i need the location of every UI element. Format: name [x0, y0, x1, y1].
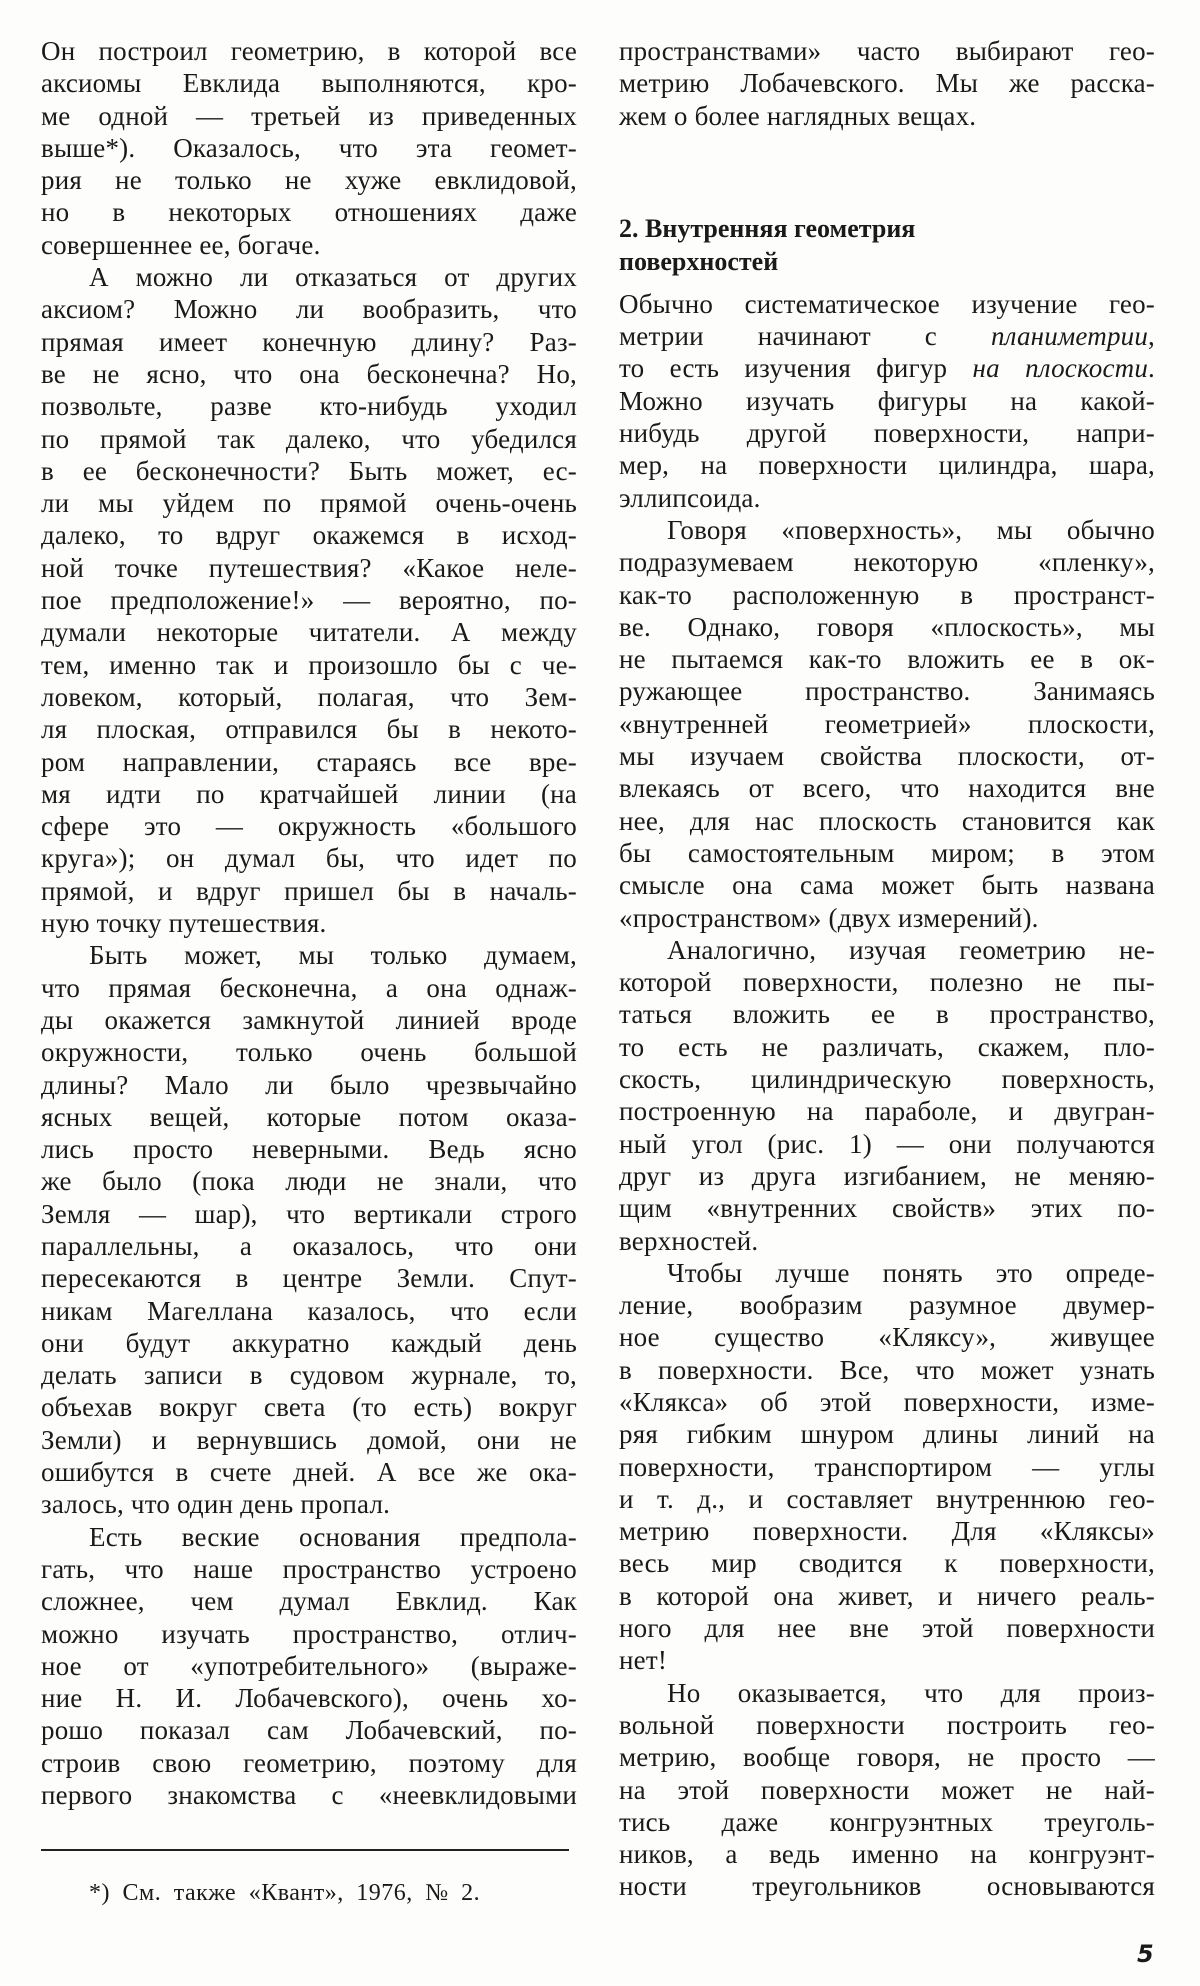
text-line-content: вольной поверхности построить гео- [619, 1710, 1155, 1740]
text-line-content: метрии начинают с [619, 321, 991, 351]
text-line-content: прямая имеет конечную длину? Раз- [41, 327, 577, 357]
text-line-content: метрию, вообще говоря, не просто — [619, 1742, 1155, 1772]
text-line: пространствами» часто выбирают гео- [619, 35, 1155, 67]
text-line: думали некоторые читатели. А между [41, 616, 577, 648]
text-line: ление, вообразим разумное двумер- [619, 1289, 1155, 1321]
text-line: ловеком, который, полагая, что Зем- [41, 681, 577, 713]
text-line: лись просто неверными. Ведь ясно [41, 1133, 577, 1165]
text-line-content: таться вложить ее в пространство, [619, 999, 1155, 1029]
text-line: таться вложить ее в пространство, [619, 998, 1155, 1030]
text-line-content: Аналогично, изучая геометрию не- [667, 935, 1155, 965]
text-line-content: ние Н. И. Лобачевского), очень хо- [41, 1683, 577, 1713]
text-line: ников, а ведь именно на конгруэнт- [619, 1838, 1155, 1870]
text-line: бы самостоятельным миром; в этом [619, 837, 1155, 869]
text-line-content: по прямой так далеко, что убедился [41, 424, 577, 454]
text-line: щим «внутренних свойств» этих по- [619, 1192, 1155, 1224]
text-line: «внутренней геометрией» плоскости, [619, 708, 1155, 740]
text-line: мер, на поверхности цилиндра, шара, [619, 449, 1155, 481]
text-line: выше*). Оказалось, что эта геомет- [41, 132, 577, 164]
text-line: то есть не различать, скажем, пло- [619, 1031, 1155, 1063]
text-line: скость, цилиндрическую поверхность, [619, 1063, 1155, 1095]
text-line: нет! [619, 1644, 1155, 1676]
punctuation: , [1148, 321, 1155, 351]
text-line: делать записи в судовом журнале, то, [41, 1359, 577, 1391]
text-line: вольной поверхности построить гео- [619, 1709, 1155, 1741]
text-line-content: нее, для нас плоскость становится как [619, 806, 1155, 836]
text-line: ве. Однако, говоря «плоскость», мы [619, 611, 1155, 643]
text-line-content: они будут аккуратно каждый день [41, 1328, 577, 1358]
text-line: Но оказывается, что для произ- [619, 1677, 1155, 1709]
text-line-content: Чтобы лучше понять это опреде- [667, 1258, 1155, 1288]
text-line-content: ности треугольников основываются [619, 1871, 1155, 1901]
text-line-content: ряя гибким шнуром длины линий на [619, 1419, 1155, 1449]
text-line: ный угол (рис. 1) — они получаются [619, 1128, 1155, 1160]
text-line-content: рия не только не хуже евклидовой, [41, 165, 577, 195]
text-line: влекаясь от всего, что находится вне [619, 772, 1155, 804]
text-line-content: совершеннее ее, богаче. [41, 230, 321, 260]
text-line: «Клякса» об этой поверхности, изме- [619, 1386, 1155, 1418]
text-line-content: рошо показал сам Лобачевский, по- [41, 1715, 577, 1745]
footnote-divider [41, 1849, 569, 1851]
text-line: позвольте, разве кто-нибудь уходил [41, 390, 577, 422]
text-line: которой поверхности, полезно не пы- [619, 966, 1155, 998]
text-line: подразумеваем некоторую «пленку», [619, 546, 1155, 578]
text-line: мя идти по кратчайшей линии (на [41, 778, 577, 810]
text-line: ного для нее вне этой поверхности [619, 1612, 1155, 1644]
text-line-content: метрию Лобачевского. Мы же расска- [619, 68, 1155, 98]
text-line: гать, что наше пространство устроено [41, 1553, 577, 1585]
text-line-content: как-то расположенную в пространст- [619, 580, 1155, 610]
text-line: Земля — шар), что вертикали строго [41, 1198, 577, 1230]
text-line-content: ли мы уйдем по прямой очень-очень [41, 488, 577, 518]
text-line-content: пространствами» часто выбирают гео- [619, 36, 1155, 66]
text-line: нее, для нас плоскость становится как [619, 805, 1155, 837]
text-line-content: выше*). Оказалось, что эта геомет- [41, 133, 577, 163]
text-line: пое предположение!» — вероятно, по- [41, 584, 577, 616]
text-line: тись даже конгруэнтных треуголь- [619, 1806, 1155, 1838]
text-line: круга»); он думал бы, что идет по [41, 842, 577, 874]
text-line-content: Говоря «поверхность», мы обычно [667, 515, 1155, 545]
text-line-content: влекаясь от всего, что находится вне [619, 773, 1155, 803]
text-line-content: щим «внутренних свойств» этих по- [619, 1193, 1155, 1223]
text-line-content: подразумеваем некоторую «пленку», [619, 547, 1155, 577]
text-line: параллельны, а оказалось, что они [41, 1230, 577, 1262]
text-line: «пространством» (двух измерений). [619, 902, 1155, 934]
text-line-content: весь мир сводится к поверхности, [619, 1548, 1155, 1578]
text-line: метрию Лобачевского. Мы же расска- [619, 67, 1155, 99]
text-line-content: тем, именно так и произошло бы с че- [41, 650, 577, 680]
text-line: прямой, и вдруг пришел бы в началь- [41, 875, 577, 907]
text-line-content: ме одной — третьей из приведенных [41, 101, 577, 131]
section-heading-line-2: поверхностей [619, 245, 1155, 278]
text-line-content: что прямая бесконечна, а она однаж- [41, 973, 577, 1003]
text-line-content: метрию поверхности. Для «Кляксы» [619, 1516, 1155, 1546]
text-line-content: первого знакомства с «неевклидовыми [41, 1780, 577, 1810]
right-column: пространствами» часто выбирают гео-метри… [619, 35, 1155, 1903]
text-line: первого знакомства с «неевклидовыми [41, 1779, 577, 1811]
text-line: ме одной — третьей из приведенных [41, 100, 577, 132]
text-line-content: аксиом? Можно ли вообразить, что [41, 294, 577, 324]
text-line: ние Н. И. Лобачевского), очень хо- [41, 1682, 577, 1714]
text-line: Можно изучать фигуры на какой- [619, 385, 1155, 417]
text-line: ром направлении, стараясь все вре- [41, 746, 577, 778]
text-line-content: думали некоторые читатели. А между [41, 617, 577, 647]
text-line: ли мы уйдем по прямой очень-очень [41, 487, 577, 519]
text-line: аксиомы Евклида выполняются, кро- [41, 67, 577, 99]
text-line: сфере это — окружность «большого [41, 810, 577, 842]
text-line: Быть может, мы только думаем, [41, 939, 577, 971]
text-line-content: ников, а ведь именно на конгруэнт- [619, 1839, 1155, 1869]
text-line-content: то есть не различать, скажем, пло- [619, 1032, 1155, 1062]
text-line-content: ной точке путешествия? «Какое неле- [41, 553, 577, 583]
text-line-content: смысле она сама может быть названа [619, 870, 1155, 900]
text-line: пересекаются в центре Земли. Спут- [41, 1262, 577, 1294]
section-heading: 2. Внутренняя геометрия поверхностей [619, 212, 1155, 278]
text-line-content: длины? Мало ли было чрезвычайно [41, 1070, 577, 1100]
text-line-content: Он построил геометрию, в которой все [41, 36, 577, 66]
text-line: и т. д., и составляет внутреннюю гео- [619, 1483, 1155, 1515]
text-line-content: скость, цилиндрическую поверхность, [619, 1064, 1155, 1094]
text-line-content: сложнее, чем думал Евклид. Как [41, 1586, 577, 1616]
text-line: ряя гибким шнуром длины линий на [619, 1418, 1155, 1450]
section-gap [619, 132, 1155, 212]
text-line-content: А можно ли отказаться от других [89, 262, 577, 292]
text-line-content: но в некоторых отношениях даже [41, 197, 577, 227]
text-line: поверхности, транспортиром — углы [619, 1451, 1155, 1483]
text-line: сложнее, чем думал Евклид. Как [41, 1585, 577, 1617]
text-line: залось, что один день пропал. [41, 1488, 577, 1520]
text-line-content: в ее бесконечности? Быть может, ес- [41, 456, 577, 486]
text-line: на этой поверхности может не най- [619, 1774, 1155, 1806]
text-line-content: делать записи в судовом журнале, то, [41, 1360, 577, 1390]
text-line: аксиом? Можно ли вообразить, что [41, 293, 577, 325]
text-line: то есть изучения фигур на плоскости. [619, 352, 1155, 384]
text-line-content: мя идти по кратчайшей линии (на [41, 779, 577, 809]
text-line: длины? Мало ли было чрезвычайно [41, 1069, 577, 1101]
text-line-content: ную точку путешествия. [41, 908, 326, 938]
text-line-content: то есть изучения фигур [619, 353, 973, 383]
text-line-content: жем о более наглядных вещах. [619, 101, 976, 131]
emphasis-term: на плоскости [973, 353, 1149, 383]
text-line-content: ля плоская, отправился бы в некото- [41, 714, 577, 744]
text-line-content: друг из друга изгибанием, не меняю- [619, 1161, 1155, 1191]
text-line-content: лись просто неверными. Ведь ясно [41, 1134, 577, 1164]
text-line: ля плоская, отправился бы в некото- [41, 713, 577, 745]
text-line-content: ясных вещей, которые потом оказа- [41, 1102, 577, 1132]
text-line: смысле она сама может быть названа [619, 869, 1155, 901]
text-line: А можно ли отказаться от других [41, 261, 577, 293]
text-line-content: «Клякса» об этой поверхности, изме- [619, 1387, 1155, 1417]
text-line: Обычно систематическое изучение гео- [619, 288, 1155, 320]
text-line: построенную на параболе, и двугран- [619, 1095, 1155, 1127]
text-line-content: в поверхности. Все, что может узнать [619, 1355, 1155, 1385]
text-line-content: эллипсоида. [619, 483, 761, 513]
text-line-content: построенную на параболе, и двугран- [619, 1096, 1155, 1126]
text-line: ружающее пространство. Занимаясь [619, 675, 1155, 707]
text-line-content: залось, что один день пропал. [41, 1489, 390, 1519]
text-line-content: Быть может, мы только думаем, [89, 940, 577, 970]
text-line: же было (пока люди не знали, что [41, 1165, 577, 1197]
text-line: ды окажется замкнутой линией вроде [41, 1004, 577, 1036]
right-column-body: Обычно систематическое изучение гео-метр… [619, 288, 1155, 1903]
text-line: нибудь другой поверхности, напри- [619, 417, 1155, 449]
text-line: в поверхности. Все, что может узнать [619, 1354, 1155, 1386]
text-line: эллипсоида. [619, 482, 1155, 514]
left-column: Он построил геометрию, в которой всеакси… [41, 35, 577, 1811]
text-line: Он построил геометрию, в которой все [41, 35, 577, 67]
text-line-content: поверхности, транспортиром — углы [619, 1452, 1155, 1482]
text-line-content: прямой, и вдруг пришел бы в началь- [41, 876, 577, 906]
text-line-content: параллельны, а оказалось, что они [41, 1231, 577, 1261]
text-line: объехав вокруг света (то есть) вокруг [41, 1391, 577, 1423]
text-line: не пытаемся как-то вложить ее в ок- [619, 643, 1155, 675]
text-line-content: ление, вообразим разумное двумер- [619, 1290, 1155, 1320]
text-line: Аналогично, изучая геометрию не- [619, 934, 1155, 966]
text-line-content: Можно изучать фигуры на какой- [619, 386, 1155, 416]
text-line-content: и т. д., и составляет внутреннюю гео- [619, 1484, 1155, 1514]
text-line-content: ве. Однако, говоря «плоскость», мы [619, 612, 1155, 642]
text-line-content: тись даже конгруэнтных треуголь- [619, 1807, 1155, 1837]
text-line-content: ошибутся в счете дней. А все же ока- [41, 1457, 577, 1487]
text-line-content: на этой поверхности может не най- [619, 1775, 1155, 1805]
text-line-content: мы изучаем свойства плоскости, от- [619, 741, 1155, 771]
right-column-intro: пространствами» часто выбирают гео-метри… [619, 35, 1155, 132]
text-line: можно изучать пространство, отлич- [41, 1618, 577, 1650]
text-line: Есть веские основания предпола- [41, 1521, 577, 1553]
text-line: рия не только не хуже евклидовой, [41, 164, 577, 196]
text-line: ошибутся в счете дней. А все же ока- [41, 1456, 577, 1488]
text-line-content: ное от «употребительного» (выраже- [41, 1651, 577, 1681]
text-line-content: Обычно систематическое изучение гео- [619, 289, 1155, 319]
text-line-content: можно изучать пространство, отлич- [41, 1619, 577, 1649]
text-line: как-то расположенную в пространст- [619, 579, 1155, 611]
text-line-content: ного для нее вне этой поверхности [619, 1613, 1155, 1643]
text-line: ной точке путешествия? «Какое неле- [41, 552, 577, 584]
text-line-content: пое предположение!» — вероятно, по- [41, 585, 577, 615]
text-line-content: «пространством» (двух измерений). [619, 903, 1039, 933]
text-line-content: Земли) и вернувшись домой, они не [41, 1425, 577, 1455]
text-line: в ее бесконечности? Быть может, ес- [41, 455, 577, 487]
text-line: прямая имеет конечную длину? Раз- [41, 326, 577, 358]
text-line: Чтобы лучше понять это опреде- [619, 1257, 1155, 1289]
text-line: рошо показал сам Лобачевский, по- [41, 1714, 577, 1746]
text-line-content: пересекаются в центре Земли. Спут- [41, 1263, 577, 1293]
text-line-content: ве не ясно, что она бесконечна? Но, [41, 359, 577, 389]
text-line-content: позвольте, разве кто-нибудь уходил [41, 391, 577, 421]
text-line-content: «внутренней геометрией» плоскости, [619, 709, 1155, 739]
text-line-content: Земля — шар), что вертикали строго [41, 1199, 577, 1229]
text-line-content: Есть веские основания предпола- [89, 1522, 577, 1552]
text-line: метрию, вообще говоря, не просто — [619, 1741, 1155, 1773]
text-line-content: в которой она живет, и ничего реаль- [619, 1581, 1155, 1611]
text-line-content: нибудь другой поверхности, напри- [619, 418, 1155, 448]
text-line-content: нет! [619, 1645, 667, 1675]
text-line-content: ный угол (рис. 1) — они получаются [619, 1129, 1155, 1159]
text-line: они будут аккуратно каждый день [41, 1327, 577, 1359]
text-line-content: круга»); он думал бы, что идет по [41, 843, 577, 873]
text-line: метрию поверхности. Для «Кляксы» [619, 1515, 1155, 1547]
text-line: ное существо «Кляксу», живущее [619, 1321, 1155, 1353]
text-line: Говоря «поверхность», мы обычно [619, 514, 1155, 546]
punctuation: . [1148, 353, 1155, 383]
text-line: окружности, только очень большой [41, 1036, 577, 1068]
text-line: весь мир сводится к поверхности, [619, 1547, 1155, 1579]
text-line: но в некоторых отношениях даже [41, 196, 577, 228]
text-line-content: бы самостоятельным миром; в этом [619, 838, 1155, 868]
text-line: в которой она живет, и ничего реаль- [619, 1580, 1155, 1612]
text-line: метрии начинают с планиметрии, [619, 320, 1155, 352]
text-line: мы изучаем свойства плоскости, от- [619, 740, 1155, 772]
text-line: Земли) и вернувшись домой, они не [41, 1424, 577, 1456]
text-line: по прямой так далеко, что убедился [41, 423, 577, 455]
text-line: далеко, то вдруг окажемся в исход- [41, 519, 577, 551]
text-line-content: мер, на поверхности цилиндра, шара, [619, 450, 1155, 480]
text-line-content: не пытаемся как-то вложить ее в ок- [619, 644, 1155, 674]
text-line-content: аксиомы Евклида выполняются, кро- [41, 68, 577, 98]
page-number: 5 [1137, 1940, 1154, 1968]
text-line: ясных вещей, которые потом оказа- [41, 1101, 577, 1133]
text-line: строив свою геометрию, поэтому для [41, 1747, 577, 1779]
text-line: друг из друга изгибанием, не меняю- [619, 1160, 1155, 1192]
text-line-content: ружающее пространство. Занимаясь [619, 676, 1155, 706]
text-line-content: сфере это — окружность «большого [41, 811, 577, 841]
emphasis-term: планиметрии [991, 321, 1148, 351]
text-line-content: же было (пока люди не знали, что [41, 1166, 577, 1196]
text-line-content: ром направлении, стараясь все вре- [41, 747, 577, 777]
text-line-content: объехав вокруг света (то есть) вокруг [41, 1392, 577, 1422]
text-line-content: окружности, только очень большой [41, 1037, 577, 1067]
text-line: ную точку путешествия. [41, 907, 577, 939]
text-line-content: Но оказывается, что для произ- [667, 1678, 1155, 1708]
text-line-content: ловеком, который, полагая, что Зем- [41, 682, 577, 712]
section-heading-line-1: 2. Внутренняя геометрия [619, 212, 1155, 245]
footnote: *) См. также «Квант», 1976, № 2. [89, 1880, 480, 1907]
text-line-content: верхностей. [619, 1226, 758, 1256]
text-line: ности треугольников основываются [619, 1870, 1155, 1902]
text-line-content: которой поверхности, полезно не пы- [619, 967, 1155, 997]
text-line: жем о более наглядных вещах. [619, 100, 1155, 132]
text-line: верхностей. [619, 1225, 1155, 1257]
text-line-content: далеко, то вдруг окажемся в исход- [41, 520, 577, 550]
text-line-content: ное существо «Кляксу», живущее [619, 1322, 1155, 1352]
text-line: ве не ясно, что она бесконечна? Но, [41, 358, 577, 390]
text-line: никам Магеллана казалось, что если [41, 1295, 577, 1327]
text-line: совершеннее ее, богаче. [41, 229, 577, 261]
text-line-content: строив свою геометрию, поэтому для [41, 1748, 577, 1778]
text-line-content: никам Магеллана казалось, что если [41, 1296, 577, 1326]
text-line: тем, именно так и произошло бы с че- [41, 649, 577, 681]
text-line-content: ды окажется замкнутой линией вроде [41, 1005, 577, 1035]
text-line: что прямая бесконечна, а она однаж- [41, 972, 577, 1004]
text-line-content: гать, что наше пространство устроено [41, 1554, 577, 1584]
text-line: ное от «употребительного» (выраже- [41, 1650, 577, 1682]
